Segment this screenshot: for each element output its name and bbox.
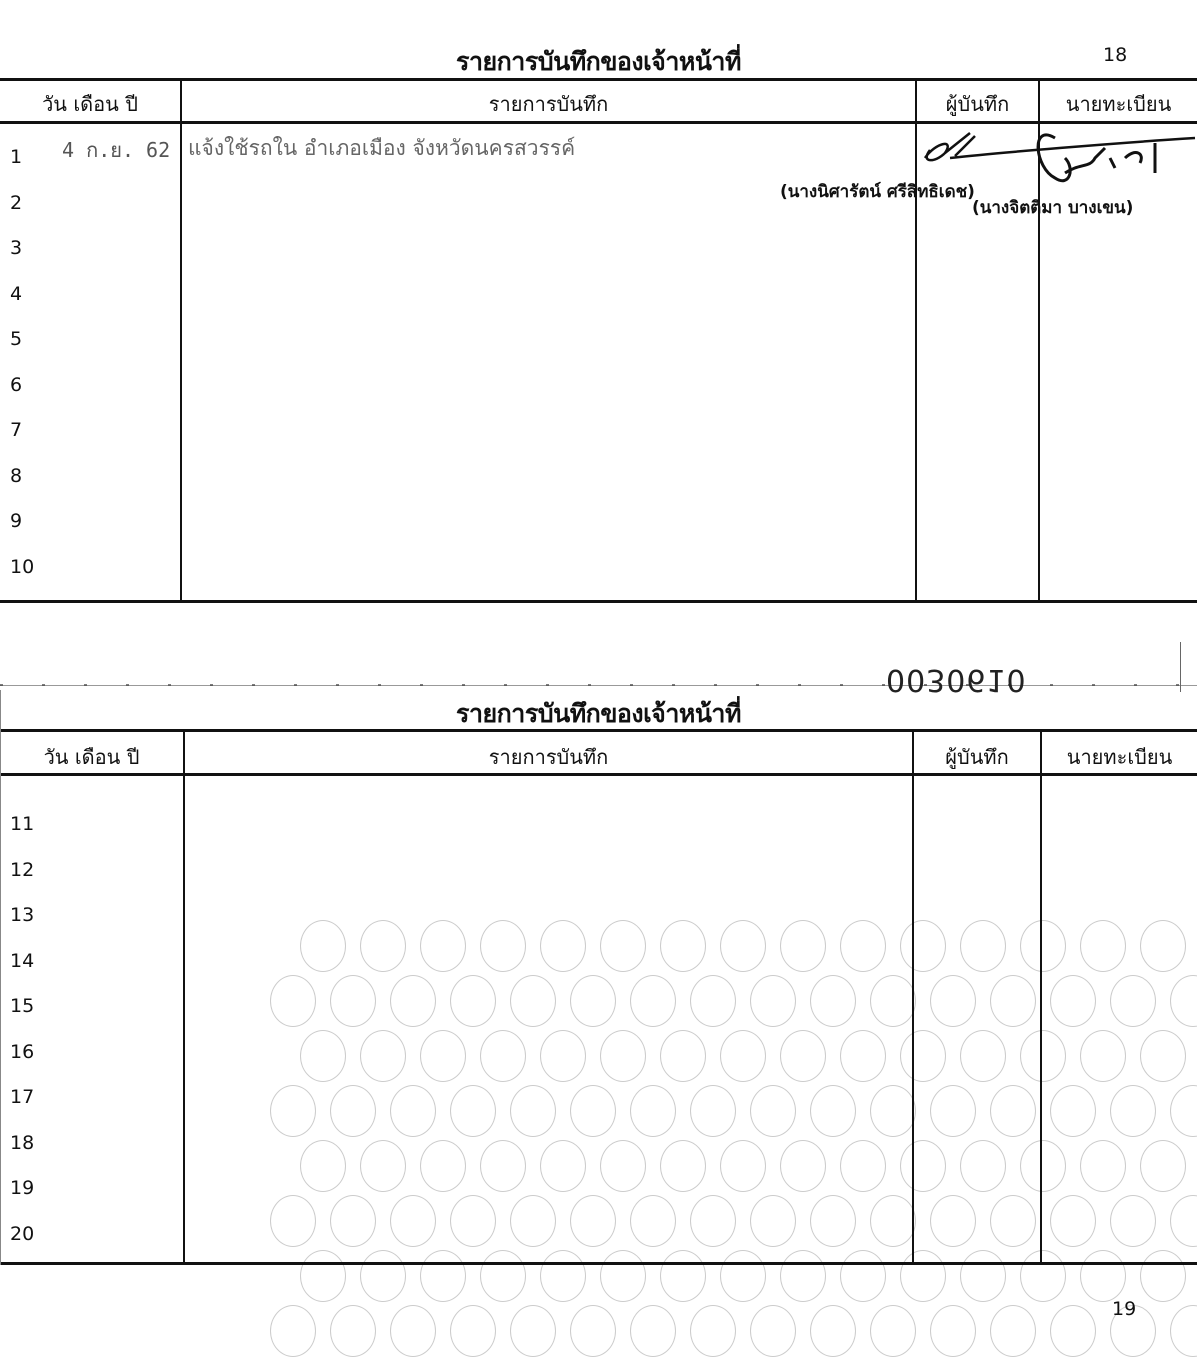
watermark-circle bbox=[480, 1030, 526, 1082]
row-number: 2 bbox=[10, 192, 22, 214]
watermark-circle bbox=[1050, 1305, 1096, 1357]
watermark-circle bbox=[930, 975, 976, 1027]
watermark-circle bbox=[390, 1085, 436, 1137]
watermark-circle bbox=[270, 1195, 316, 1247]
watermark-circle bbox=[600, 1030, 646, 1082]
watermark-circle bbox=[810, 975, 856, 1027]
watermark-circle bbox=[1110, 1085, 1156, 1137]
watermark-circle bbox=[810, 1195, 856, 1247]
watermark-circle bbox=[510, 1305, 556, 1357]
watermark-circle bbox=[1110, 1195, 1156, 1247]
watermark-circle bbox=[330, 1195, 376, 1247]
watermark-circle bbox=[540, 1250, 586, 1302]
header-record: รายการบันทึก bbox=[182, 88, 915, 120]
watermark-circle bbox=[870, 975, 916, 1027]
watermark-circle bbox=[990, 1195, 1036, 1247]
serial-number: 0030610 bbox=[886, 662, 1027, 697]
page-edge bbox=[1180, 642, 1181, 692]
watermark-circle bbox=[480, 1140, 526, 1192]
watermark-circle bbox=[420, 1030, 466, 1082]
watermark-circle bbox=[420, 920, 466, 972]
watermark-circle bbox=[300, 920, 346, 972]
watermark-circle bbox=[840, 920, 886, 972]
watermark-circle bbox=[990, 1085, 1036, 1137]
watermark-circle bbox=[990, 975, 1036, 1027]
watermark-circle bbox=[960, 1030, 1006, 1082]
watermark-circle bbox=[270, 1305, 316, 1357]
watermark-circle bbox=[540, 1030, 586, 1082]
watermark-circle bbox=[1170, 1305, 1197, 1357]
watermark-circle bbox=[1140, 1030, 1186, 1082]
header-recorder: ผู้บันทึก bbox=[917, 88, 1038, 120]
column-divider bbox=[912, 730, 914, 1264]
row-number: 4 bbox=[10, 283, 22, 305]
column-divider bbox=[1040, 730, 1042, 1264]
watermark-circle bbox=[630, 1195, 676, 1247]
watermark-circle bbox=[360, 920, 406, 972]
watermark-circle bbox=[930, 1195, 976, 1247]
watermark-circle bbox=[330, 1085, 376, 1137]
entry-record: แจ้งใช้รถใน อำเภอเมือง จังหวัดนครสวรรค์ bbox=[188, 132, 575, 165]
watermark-circle bbox=[330, 1305, 376, 1357]
watermark-circle bbox=[660, 1250, 706, 1302]
watermark-circle bbox=[1140, 1140, 1186, 1192]
watermark-circle bbox=[1080, 1030, 1126, 1082]
watermark-circle bbox=[840, 1250, 886, 1302]
header-bottom-border bbox=[0, 773, 1197, 776]
watermark-circle bbox=[570, 1085, 616, 1137]
top-page-number: 18 bbox=[1103, 44, 1127, 66]
row-number: 10 bbox=[10, 556, 34, 578]
watermark-circle bbox=[600, 1250, 646, 1302]
watermark-circle bbox=[300, 1140, 346, 1192]
header-date: วัน เดือน ปี bbox=[0, 88, 180, 120]
header-recorder: ผู้บันทึก bbox=[914, 741, 1040, 773]
row-number: 18 bbox=[10, 1132, 34, 1154]
watermark-circle bbox=[570, 975, 616, 1027]
row-number: 11 bbox=[10, 813, 34, 835]
watermark-circle bbox=[510, 1085, 556, 1137]
row-number: 19 bbox=[10, 1177, 34, 1199]
watermark-circle bbox=[510, 975, 556, 1027]
page-left-edge bbox=[0, 690, 1, 1265]
watermark-circle bbox=[390, 975, 436, 1027]
watermark-circle bbox=[630, 1305, 676, 1357]
header-registrar: นายทะเบียน bbox=[1040, 88, 1197, 120]
row-number: 9 bbox=[10, 510, 22, 532]
watermark-circle bbox=[540, 1140, 586, 1192]
watermark-circle bbox=[840, 1030, 886, 1082]
watermark-circle bbox=[450, 1305, 496, 1357]
watermark-circle bbox=[600, 920, 646, 972]
row-number: 15 bbox=[10, 995, 34, 1017]
watermark-circle bbox=[780, 920, 826, 972]
column-divider bbox=[180, 79, 182, 602]
watermark-circle bbox=[870, 1305, 916, 1357]
row-number: 3 bbox=[10, 237, 22, 259]
row-number: 1 bbox=[10, 146, 22, 168]
recorder-name: (นางนิศารัตน์ ศรีสิทธิเดช) bbox=[780, 178, 975, 205]
watermark-circle bbox=[480, 920, 526, 972]
registrar-name: (นางจิตติมา บางเขน) bbox=[972, 194, 1133, 221]
watermark-circle bbox=[810, 1085, 856, 1137]
watermark-circle bbox=[900, 1140, 946, 1192]
watermark-circle bbox=[630, 1085, 676, 1137]
watermark-circle bbox=[600, 1140, 646, 1192]
watermark-circle bbox=[1050, 975, 1096, 1027]
header-record: รายการบันทึก bbox=[185, 741, 912, 773]
watermark-circle bbox=[900, 920, 946, 972]
bottom-page-number: 19 bbox=[1112, 1298, 1136, 1320]
watermark-circle bbox=[960, 1250, 1006, 1302]
watermark-circle bbox=[900, 1250, 946, 1302]
column-divider bbox=[183, 730, 185, 1264]
row-number: 12 bbox=[10, 859, 34, 881]
watermark-circle bbox=[660, 920, 706, 972]
watermark-circle bbox=[300, 1030, 346, 1082]
watermark-circle bbox=[1170, 1195, 1197, 1247]
watermark-circle bbox=[960, 1140, 1006, 1192]
row-number: 7 bbox=[10, 419, 22, 441]
watermark-circle bbox=[1140, 1250, 1186, 1302]
table-top-border bbox=[0, 729, 1197, 732]
watermark-circle bbox=[780, 1140, 826, 1192]
row-number: 20 bbox=[10, 1223, 34, 1245]
watermark-circle bbox=[690, 1195, 736, 1247]
watermark-circle bbox=[420, 1140, 466, 1192]
watermark-circle bbox=[900, 1030, 946, 1082]
watermark-circle bbox=[750, 975, 796, 1027]
entry-date: 4 ก.ย. 62 bbox=[62, 134, 170, 166]
watermark-circle bbox=[690, 1305, 736, 1357]
top-page-title: รายการบันทึกของเจ้าหน้าที่ bbox=[0, 42, 1197, 82]
row-number: 17 bbox=[10, 1086, 34, 1108]
watermark-circle bbox=[330, 975, 376, 1027]
watermark-circle bbox=[870, 1085, 916, 1137]
watermark-circle bbox=[510, 1195, 556, 1247]
watermark-circle bbox=[870, 1195, 916, 1247]
watermark-circle bbox=[720, 1030, 766, 1082]
watermark-circle bbox=[990, 1305, 1036, 1357]
watermark-circle bbox=[690, 975, 736, 1027]
watermark-circle bbox=[540, 920, 586, 972]
header-registrar: นายทะเบียน bbox=[1042, 741, 1197, 773]
row-number: 8 bbox=[10, 465, 22, 487]
watermark-circle bbox=[360, 1250, 406, 1302]
watermark-circle bbox=[930, 1305, 976, 1357]
watermark-circle bbox=[450, 1085, 496, 1137]
watermark-circle bbox=[1050, 1085, 1096, 1137]
watermark-circle bbox=[780, 1030, 826, 1082]
bottom-page-title: รายการบันทึกของเจ้าหน้าที่ bbox=[0, 694, 1197, 734]
watermark-circle bbox=[750, 1195, 796, 1247]
watermark-circle bbox=[1140, 920, 1186, 972]
watermark-circle bbox=[1050, 1195, 1096, 1247]
watermark-circle bbox=[570, 1195, 616, 1247]
watermark-circle bbox=[1080, 920, 1126, 972]
row-number: 6 bbox=[10, 374, 22, 396]
watermark-circle bbox=[720, 920, 766, 972]
watermark-circle bbox=[1020, 1030, 1066, 1082]
watermark-circle bbox=[960, 920, 1006, 972]
watermark-circle bbox=[840, 1140, 886, 1192]
watermark-circle bbox=[450, 975, 496, 1027]
watermark-circle bbox=[480, 1250, 526, 1302]
watermark-circle bbox=[1080, 1140, 1126, 1192]
watermark-circle bbox=[1170, 1085, 1197, 1137]
watermark-circle bbox=[720, 1250, 766, 1302]
table-bottom-border bbox=[0, 1262, 1197, 1265]
watermark-circle bbox=[630, 975, 676, 1027]
watermark-circle bbox=[1080, 1250, 1126, 1302]
watermark-circle bbox=[390, 1305, 436, 1357]
watermark-circle bbox=[450, 1195, 496, 1247]
row-number: 16 bbox=[10, 1041, 34, 1063]
watermark-circle bbox=[1020, 920, 1066, 972]
watermark-circle bbox=[270, 975, 316, 1027]
watermark-circle bbox=[930, 1085, 976, 1137]
watermark-circle bbox=[1110, 975, 1156, 1027]
watermark-circle bbox=[360, 1140, 406, 1192]
watermark-circle bbox=[780, 1250, 826, 1302]
watermark-circle bbox=[660, 1140, 706, 1192]
watermark-circle bbox=[420, 1250, 466, 1302]
watermark-circle bbox=[810, 1305, 856, 1357]
watermark-circle bbox=[360, 1030, 406, 1082]
row-number: 5 bbox=[10, 328, 22, 350]
watermark-circle bbox=[660, 1030, 706, 1082]
header-date: วัน เดือน ปี bbox=[0, 741, 183, 773]
watermark-circle bbox=[300, 1250, 346, 1302]
watermark-circle bbox=[1170, 975, 1197, 1027]
watermark-circle bbox=[690, 1085, 736, 1137]
watermark-circle bbox=[270, 1085, 316, 1137]
watermark-circle bbox=[1020, 1250, 1066, 1302]
watermark-circle bbox=[1020, 1140, 1066, 1192]
watermark-circle bbox=[570, 1305, 616, 1357]
watermark-circle bbox=[750, 1085, 796, 1137]
row-number: 13 bbox=[10, 904, 34, 926]
row-number: 14 bbox=[10, 950, 34, 972]
watermark-circle bbox=[390, 1195, 436, 1247]
watermark-circle bbox=[720, 1140, 766, 1192]
watermark-circle bbox=[750, 1305, 796, 1357]
